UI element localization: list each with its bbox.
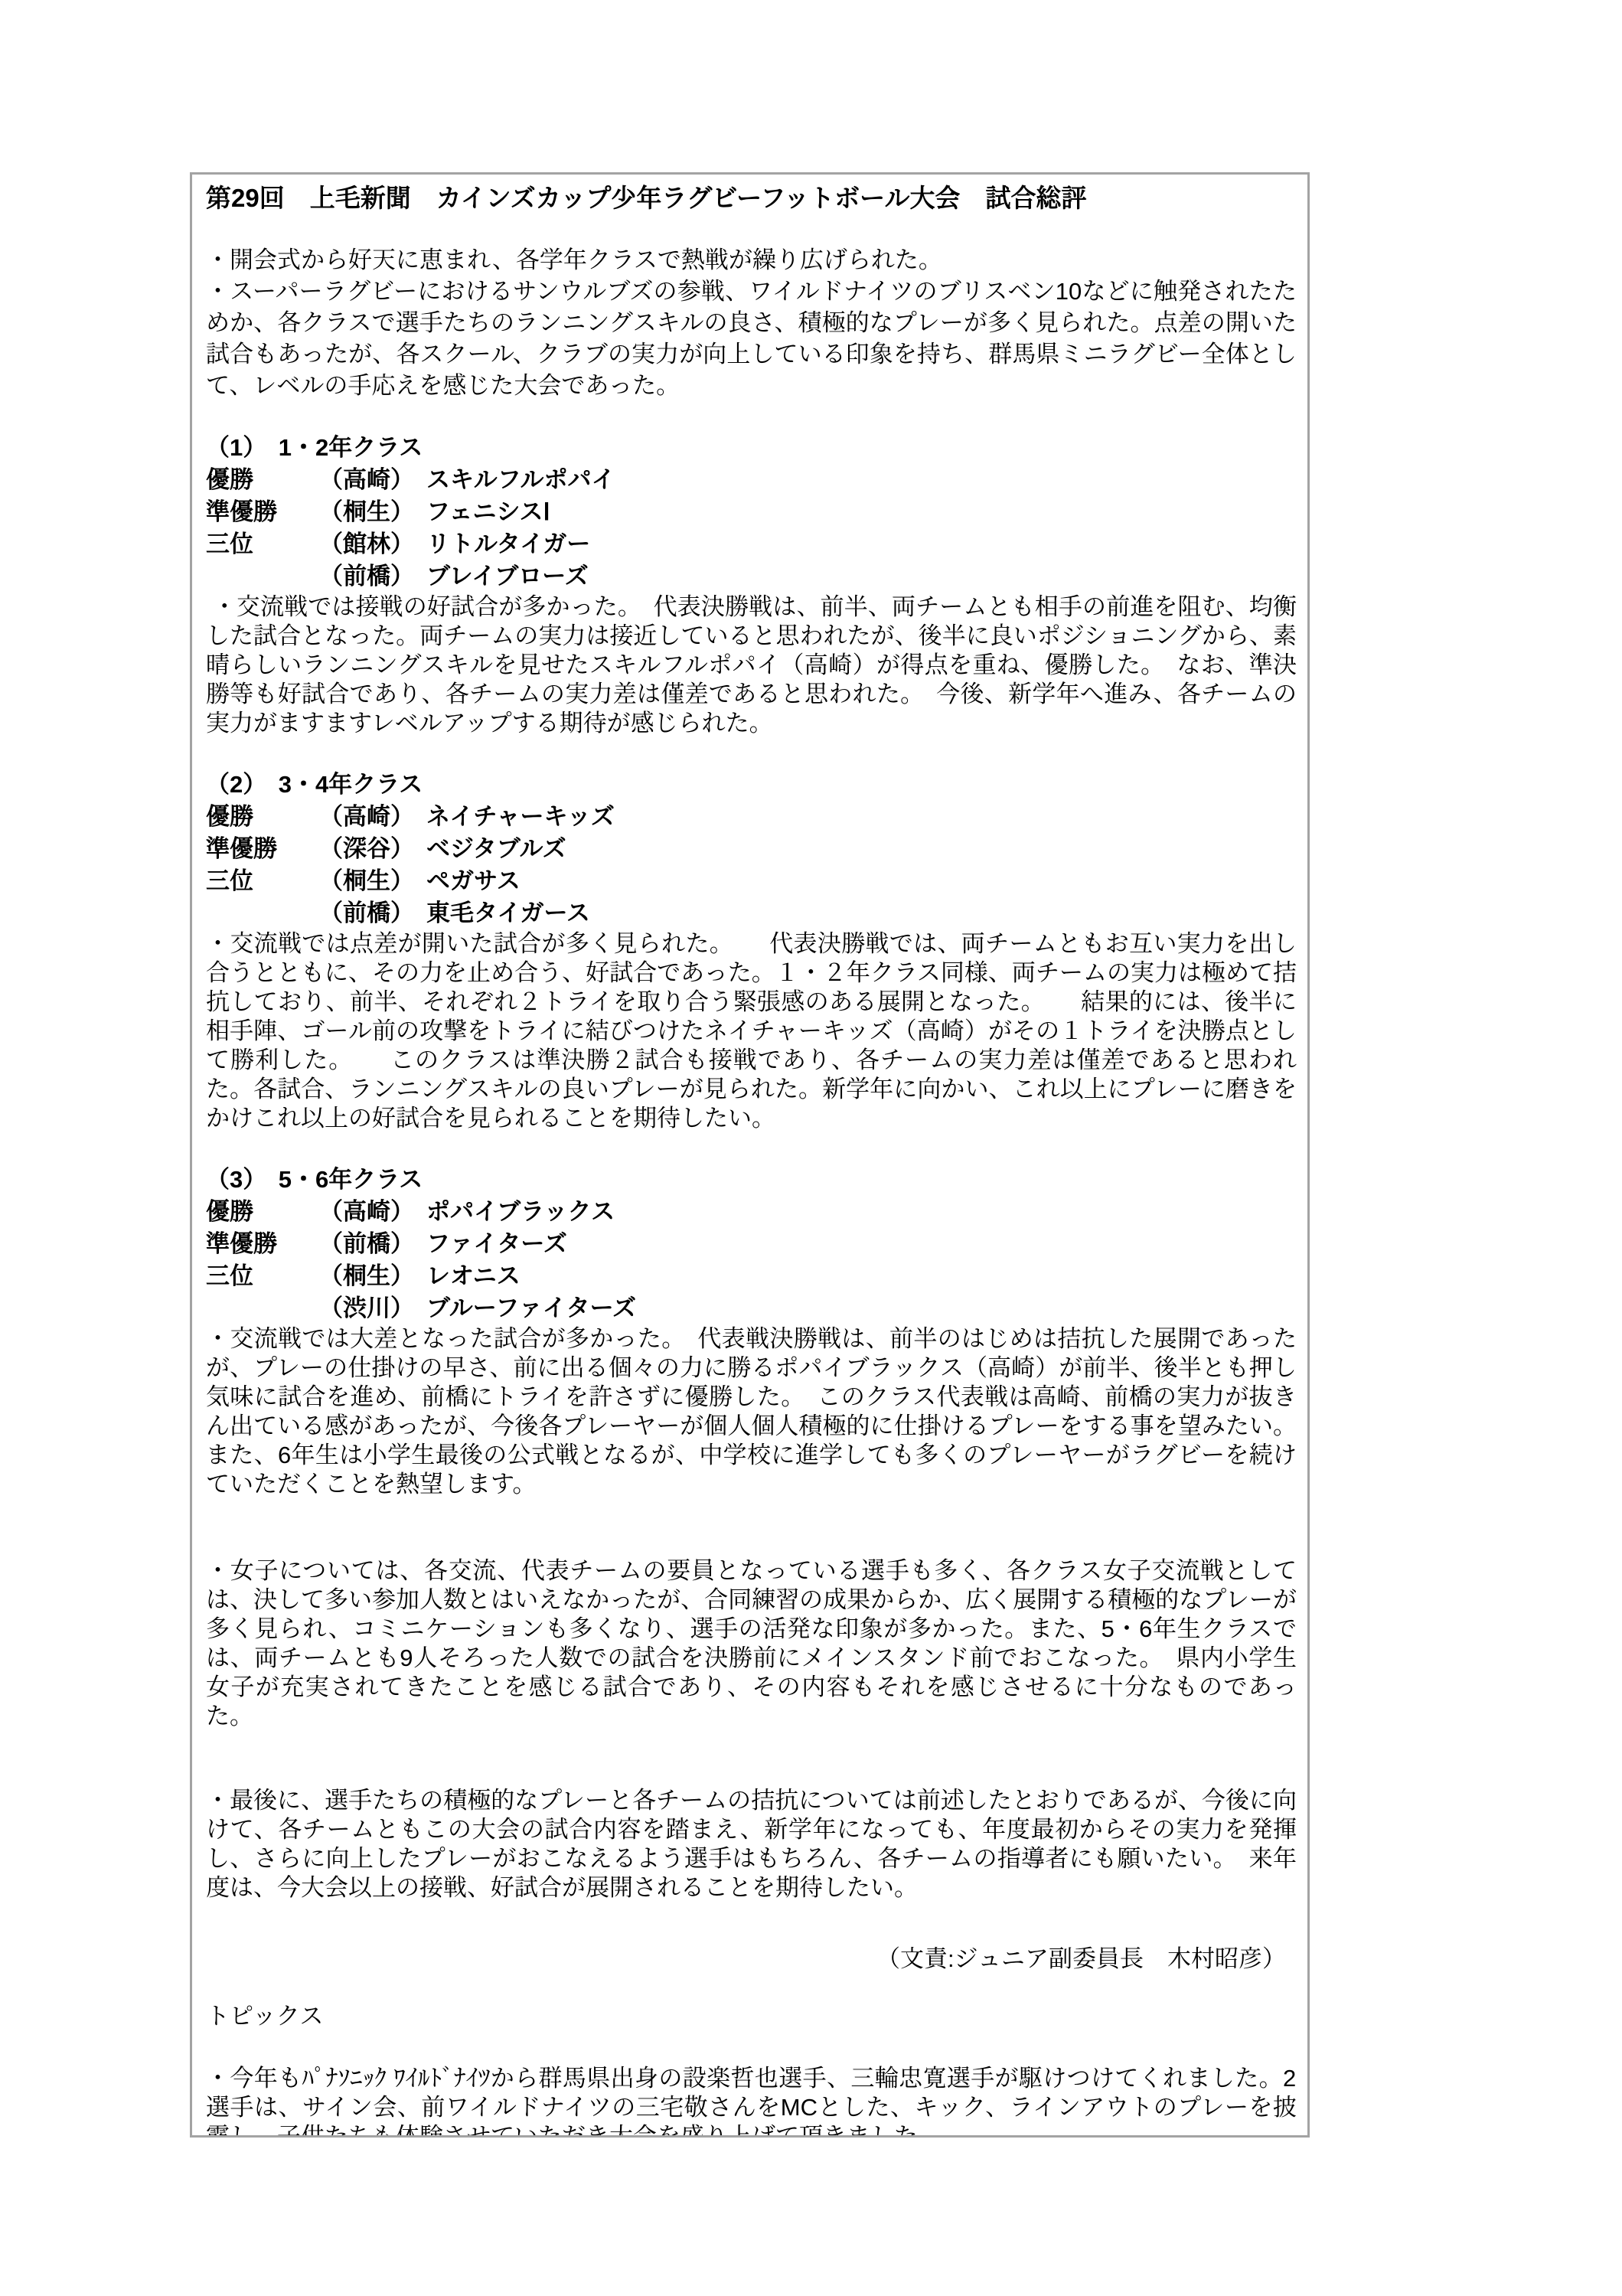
rank-label: 三位: [206, 528, 319, 560]
report-document: 第29回 上毛新聞 カインズカップ少年ラグビーフットボール大会 試合総評 ・開会…: [190, 172, 1310, 2138]
rank-label: [206, 560, 319, 593]
team-name: ペガサス: [426, 865, 521, 897]
team-area: （前橋）: [319, 560, 426, 593]
section-class-1-2: （1） 1・2年クラス 優勝 （高崎） スキルフルポパイ 準優勝 （桐生） フェ…: [206, 432, 1297, 738]
ranking-row: 優勝 （高崎） ネイチャーキッズ: [206, 801, 1297, 833]
ranking-row: 三位 （桐生） ペガサス: [206, 865, 1297, 897]
rank-label: [206, 897, 319, 929]
rank-label: [206, 1292, 319, 1324]
section-heading: （3） 5・6年クラス: [206, 1164, 1297, 1196]
team-area: （桐生）: [319, 865, 426, 897]
team-area: （桐生）: [319, 1260, 426, 1292]
team-name: ポパイブラックス: [426, 1196, 615, 1228]
team-area: （渋川）: [319, 1292, 426, 1324]
team-name: ベジタブルズ: [426, 833, 566, 865]
ranking-row: 優勝 （高崎） ポパイブラックス: [206, 1196, 1297, 1228]
team-area: （桐生）: [319, 496, 426, 528]
rank-label: 優勝: [206, 1196, 319, 1228]
ranking-row: 三位 （館林） リトルタイガー: [206, 528, 1297, 560]
ranking-row: 準優勝 （桐生） フェニシスⅠ: [206, 496, 1297, 528]
team-area: （前橋）: [319, 1228, 426, 1260]
page-background: { "colors": { "background": "#ffffff", "…: [0, 0, 1622, 2296]
team-name: フェニシスⅠ: [426, 496, 550, 528]
topics-paragraph: ・今年もﾊﾟﾅｿﾆｯｸ ﾜｲﾙﾄﾞﾅｲﾂから群馬県出身の設楽哲也選手、三輪忠寛選…: [206, 2064, 1297, 2138]
section-review: ・交流戦では点差が開いた試合が多く見られた。 代表決勝戦では、両チームともお互い…: [206, 929, 1297, 1133]
team-name: ブルーファイターズ: [426, 1292, 636, 1324]
report-title: 第29回 上毛新聞 カインズカップ少年ラグビーフットボール大会 試合総評: [206, 182, 1297, 214]
section-review: ・交流戦では大差となった試合が多かった。 代表戦決勝戦は、前半のはじめは拮抗した…: [206, 1324, 1297, 1499]
intro-block: ・開会式から好天に恵まれ、各学年クラスで熱戦が繰り広げられた。 ・スーパーラグビ…: [206, 244, 1297, 401]
ranking-row: 三位 （桐生） レオニス: [206, 1260, 1297, 1292]
rank-label: 優勝: [206, 464, 319, 496]
section-class-5-6: （3） 5・6年クラス 優勝 （高崎） ポパイブラックス 準優勝 （前橋） ファ…: [206, 1164, 1297, 1499]
ranking-row: （前橋） 東毛タイガース: [206, 897, 1297, 929]
team-name: ファイターズ: [426, 1228, 567, 1260]
intro-line-1: ・開会式から好天に恵まれ、各学年クラスで熱戦が繰り広げられた。: [206, 244, 1297, 276]
rank-label: 準優勝: [206, 833, 319, 865]
team-area: （高崎）: [319, 801, 426, 833]
ranking-row: 準優勝 （前橋） ファイターズ: [206, 1228, 1297, 1260]
team-area: （深谷）: [319, 833, 426, 865]
credit-line: （文責:ジュニア副委員長 木村昭彦）: [206, 1943, 1297, 1975]
rank-label: 三位: [206, 1260, 319, 1292]
team-area: （前橋）: [319, 897, 426, 929]
team-name: レオニス: [426, 1260, 521, 1292]
topics-heading: トピックス: [206, 2000, 1297, 2033]
ranking-row: （前橋） ブレイブローズ: [206, 560, 1297, 593]
team-area: （高崎）: [319, 1196, 426, 1228]
section-heading: （1） 1・2年クラス: [206, 432, 1297, 464]
team-area: （高崎）: [319, 464, 426, 496]
rank-label: 準優勝: [206, 1228, 319, 1260]
closing-paragraph: ・最後に、選手たちの積極的なプレーと各チームの拮抗については前述したとおりである…: [206, 1786, 1297, 1902]
ranking-row: 準優勝 （深谷） ベジタブルズ: [206, 833, 1297, 865]
ranking-row: （渋川） ブルーファイターズ: [206, 1292, 1297, 1324]
team-area: （館林）: [319, 528, 426, 560]
rank-label: 準優勝: [206, 496, 319, 528]
team-name: ネイチャーキッズ: [426, 801, 615, 833]
rank-label: 三位: [206, 865, 319, 897]
ranking-row: 優勝 （高崎） スキルフルポパイ: [206, 464, 1297, 496]
team-name: ブレイブローズ: [426, 560, 589, 593]
section-heading: （2） 3・4年クラス: [206, 769, 1297, 801]
rank-label: 優勝: [206, 801, 319, 833]
intro-line-2: ・スーパーラグビーにおけるサンウルブズの参戦、ワイルドナイツのブリスベン10など…: [206, 276, 1297, 401]
team-name: 東毛タイガース: [426, 897, 590, 929]
team-name: スキルフルポパイ: [426, 464, 615, 496]
section-class-3-4: （2） 3・4年クラス 優勝 （高崎） ネイチャーキッズ 準優勝 （深谷） ベジ…: [206, 769, 1297, 1133]
section-review: ・交流戦では接戦の好試合が多かった。 代表決勝戦は、前半、両チームとも相手の前進…: [206, 593, 1297, 738]
team-name: リトルタイガー: [426, 528, 590, 560]
girls-paragraph: ・女子については、各交流、代表チームの要員となっている選手も多く、各クラス女子交…: [206, 1556, 1297, 1731]
